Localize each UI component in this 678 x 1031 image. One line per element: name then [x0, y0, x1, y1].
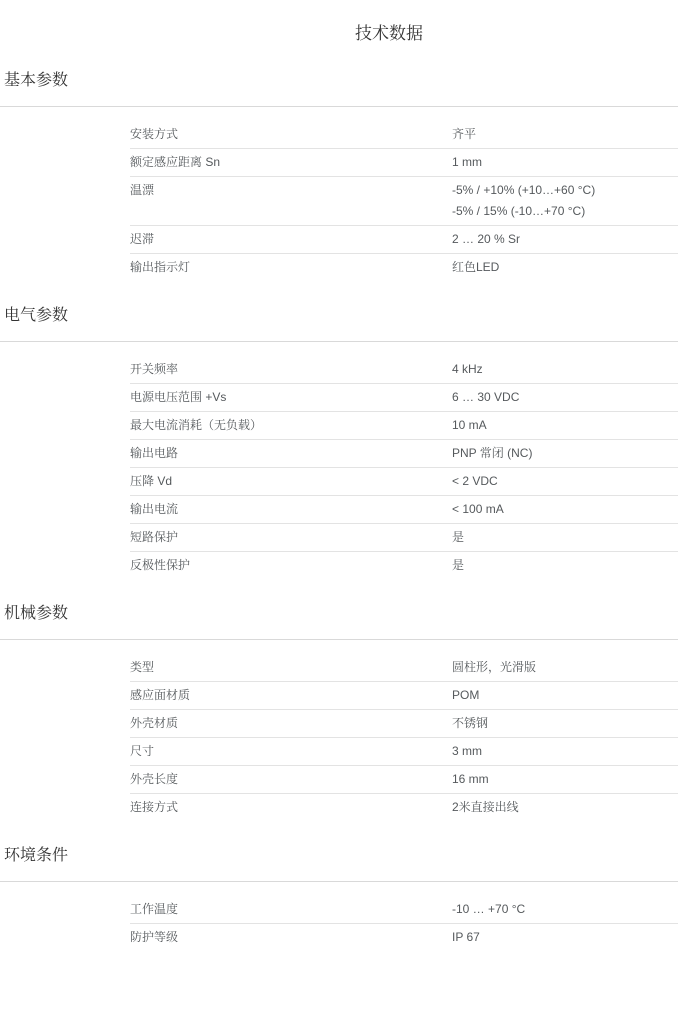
table-row: 反极性保护 是: [130, 552, 678, 579]
table-row: 连接方式 2米直接出线: [130, 794, 678, 821]
section-title: 机械参数: [0, 603, 678, 640]
spec-label: 迟滞: [130, 230, 452, 249]
spec-table: 工作温度 -10 … +70 °C 防护等级 IP 67: [130, 896, 678, 951]
spec-value: IP 67: [452, 928, 678, 947]
table-row: 外壳长度 16 mm: [130, 766, 678, 794]
spec-value: -10 … +70 °C: [452, 900, 678, 919]
spec-label: 短路保护: [130, 528, 452, 547]
spec-label: 外壳长度: [130, 770, 452, 789]
table-row: 输出指示灯 红色LED: [130, 254, 678, 281]
spec-label: 类型: [130, 658, 452, 677]
spec-label: 输出电流: [130, 500, 452, 519]
spec-value: 4 kHz: [452, 360, 678, 379]
section-basic-parameters: 基本参数 安装方式 齐平 额定感应距离 Sn 1 mm 温漂 -5% / +10…: [0, 70, 678, 281]
table-row: 电源电压范围 +Vs 6 … 30 VDC: [130, 384, 678, 412]
spec-value: < 2 VDC: [452, 472, 678, 491]
spec-label: 防护等级: [130, 928, 452, 947]
spec-value: 1 mm: [452, 153, 678, 172]
table-row: 尺寸 3 mm: [130, 738, 678, 766]
spec-value: < 100 mA: [452, 500, 678, 519]
spec-label: 压降 Vd: [130, 472, 452, 491]
spec-value: 16 mm: [452, 770, 678, 789]
spec-label: 电源电压范围 +Vs: [130, 388, 452, 407]
spec-value: 齐平: [452, 125, 678, 144]
spec-label: 开关频率: [130, 360, 452, 379]
section-title: 环境条件: [0, 845, 678, 882]
spec-label: 额定感应距离 Sn: [130, 153, 452, 172]
table-row: 短路保护 是: [130, 524, 678, 552]
spec-table: 类型 圆柱形，光滑版 感应面材质 POM 外壳材质 不锈钢 尺寸 3 mm 外壳…: [130, 654, 678, 821]
spec-value: 圆柱形，光滑版: [452, 658, 678, 677]
table-row: 温漂 -5% / +10% (+10…+60 °C) -5% / 15% (-1…: [130, 177, 678, 226]
section-environmental-conditions: 环境条件 工作温度 -10 … +70 °C 防护等级 IP 67: [0, 845, 678, 951]
spec-value: 3 mm: [452, 742, 678, 761]
table-row: 感应面材质 POM: [130, 682, 678, 710]
spec-value: 2米直接出线: [452, 798, 678, 817]
spec-value: -5% / +10% (+10…+60 °C) -5% / 15% (-10…+…: [452, 181, 678, 221]
table-row: 输出电流 < 100 mA: [130, 496, 678, 524]
spec-value-line: -5% / 15% (-10…+70 °C): [452, 202, 678, 221]
spec-value: 6 … 30 VDC: [452, 388, 678, 407]
spec-value: 红色LED: [452, 258, 678, 277]
table-row: 压降 Vd < 2 VDC: [130, 468, 678, 496]
table-row: 输出电路 PNP 常闭 (NC): [130, 440, 678, 468]
spec-value: 2 … 20 % Sr: [452, 230, 678, 249]
table-row: 最大电流消耗（无负载） 10 mA: [130, 412, 678, 440]
section-mechanical-parameters: 机械参数 类型 圆柱形，光滑版 感应面材质 POM 外壳材质 不锈钢 尺寸 3 …: [0, 603, 678, 821]
spec-label: 输出电路: [130, 444, 452, 463]
spec-value: 是: [452, 556, 678, 575]
spec-value: 是: [452, 528, 678, 547]
table-row: 额定感应距离 Sn 1 mm: [130, 149, 678, 177]
spec-label: 安装方式: [130, 125, 452, 144]
section-title: 基本参数: [0, 70, 678, 107]
datasheet-page: 技术数据 基本参数 安装方式 齐平 额定感应距离 Sn 1 mm 温漂 -5% …: [0, 22, 678, 951]
section-electrical-parameters: 电气参数 开关频率 4 kHz 电源电压范围 +Vs 6 … 30 VDC 最大…: [0, 305, 678, 579]
table-row: 迟滞 2 … 20 % Sr: [130, 226, 678, 254]
spec-value-line: -5% / +10% (+10…+60 °C): [452, 181, 678, 200]
page-title: 技术数据: [0, 22, 678, 46]
table-row: 防护等级 IP 67: [130, 924, 678, 951]
spec-value: 10 mA: [452, 416, 678, 435]
spec-label: 尺寸: [130, 742, 452, 761]
spec-label: 反极性保护: [130, 556, 452, 575]
spec-label: 工作温度: [130, 900, 452, 919]
table-row: 安装方式 齐平: [130, 121, 678, 149]
table-row: 外壳材质 不锈钢: [130, 710, 678, 738]
spec-value: POM: [452, 686, 678, 705]
table-row: 类型 圆柱形，光滑版: [130, 654, 678, 682]
spec-label: 最大电流消耗（无负载）: [130, 416, 452, 435]
table-row: 开关频率 4 kHz: [130, 356, 678, 384]
spec-label: 外壳材质: [130, 714, 452, 733]
spec-label: 感应面材质: [130, 686, 452, 705]
table-row: 工作温度 -10 … +70 °C: [130, 896, 678, 924]
spec-value: 不锈钢: [452, 714, 678, 733]
spec-label: 连接方式: [130, 798, 452, 817]
spec-label: 温漂: [130, 181, 452, 200]
spec-table: 安装方式 齐平 额定感应距离 Sn 1 mm 温漂 -5% / +10% (+1…: [130, 121, 678, 281]
section-title: 电气参数: [0, 305, 678, 342]
spec-table: 开关频率 4 kHz 电源电压范围 +Vs 6 … 30 VDC 最大电流消耗（…: [130, 356, 678, 579]
spec-label: 输出指示灯: [130, 258, 452, 277]
spec-value: PNP 常闭 (NC): [452, 444, 678, 463]
